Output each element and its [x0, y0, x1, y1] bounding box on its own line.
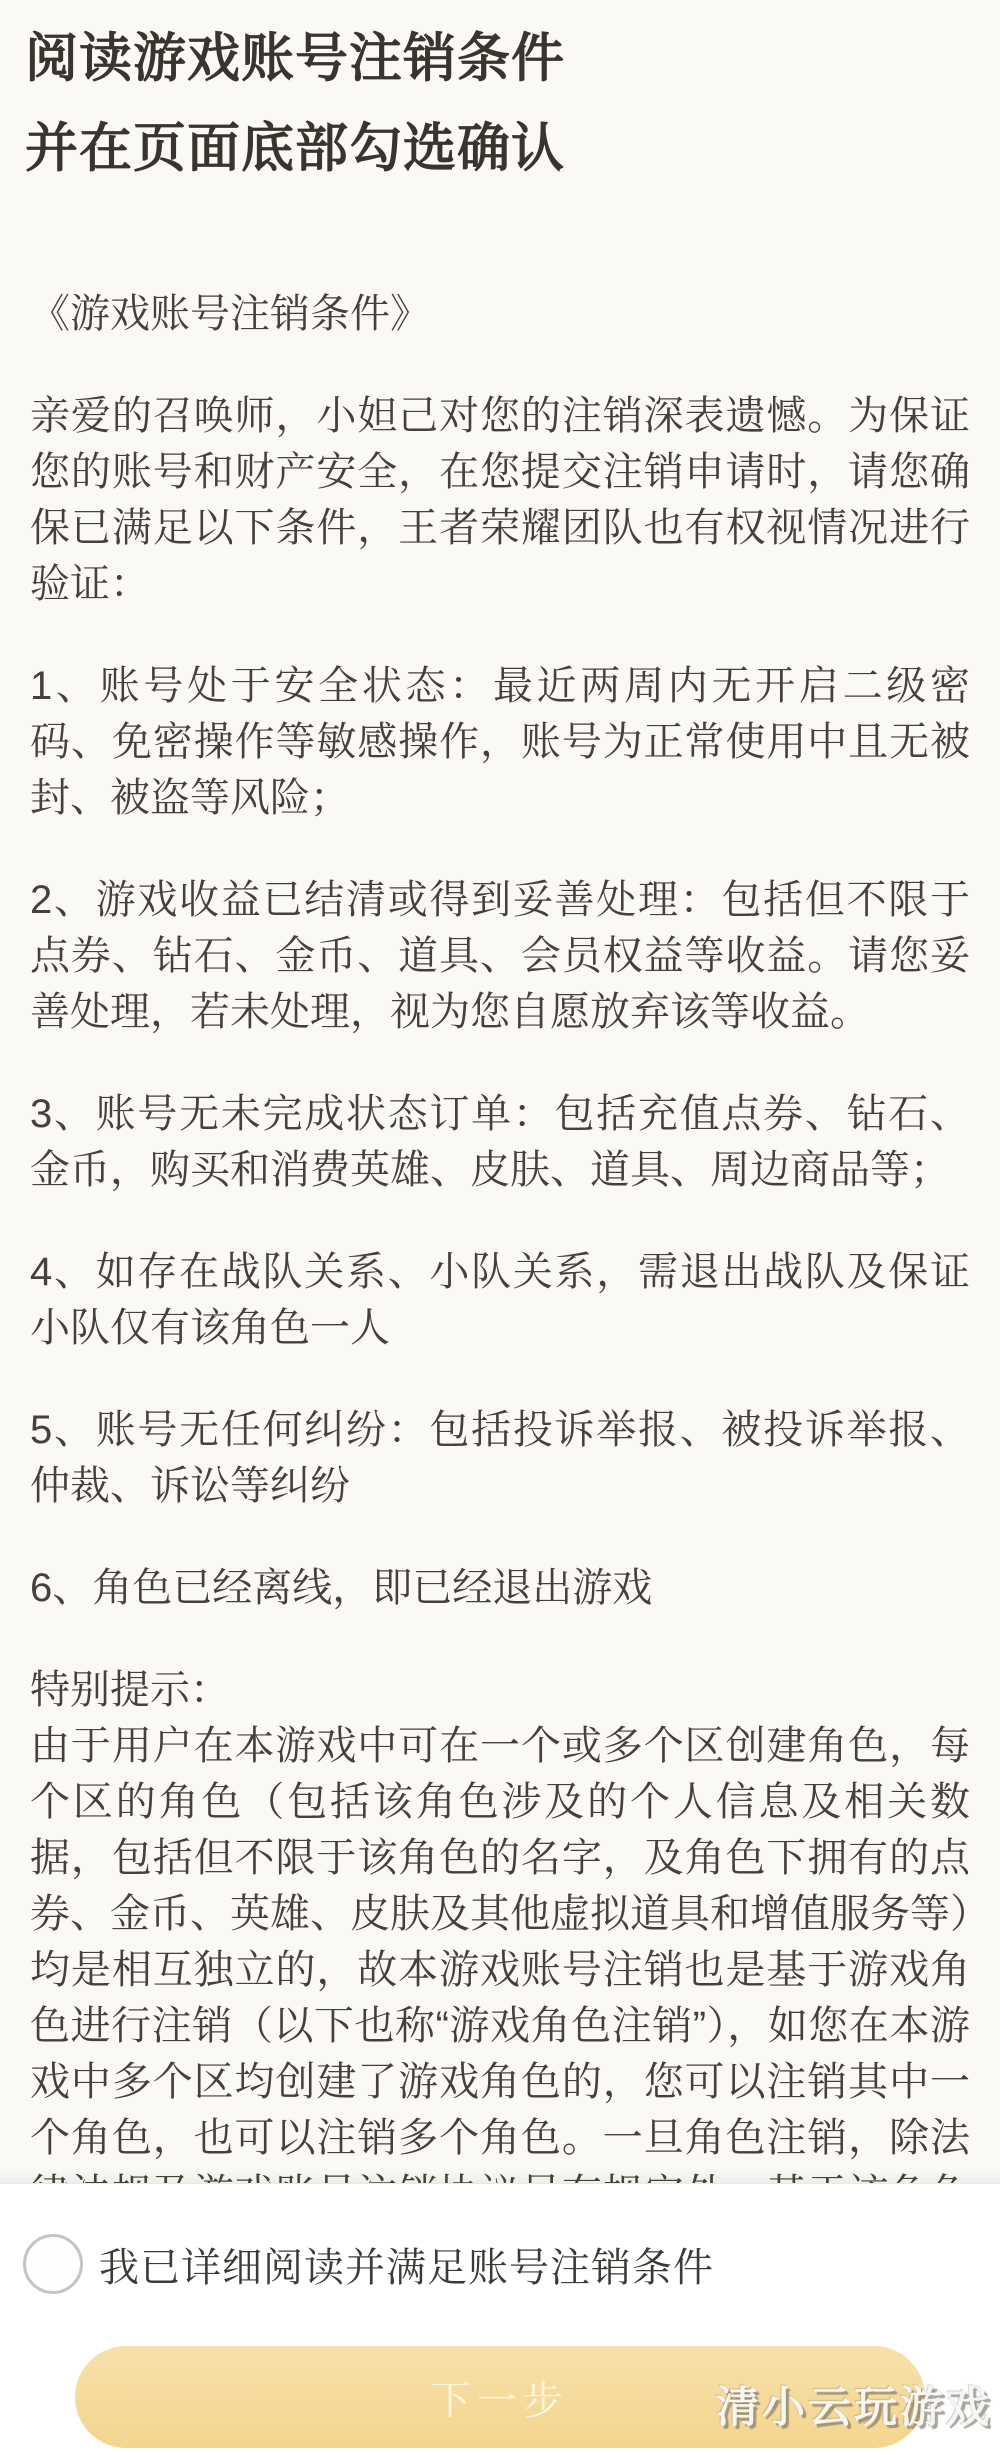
page-title-line-1: 阅读游戏账号注销条件 [25, 14, 975, 104]
page-title-line-2: 并在页面底部勾选确认 [25, 104, 975, 194]
agree-checkbox[interactable] [23, 2234, 83, 2294]
condition-item-5: 5、账号无任何纠纷：包括投诉举报、被投诉举报、仲裁、诉讼等纠纷 [30, 1402, 970, 1514]
special-note-block: 特别提示： 由于用户在本游戏中可在一个或多个区创建角色，每个区的角色（包括该角色… [30, 1662, 970, 2183]
terms-intro-paragraph: 亲爱的召唤师，小妲己对您的注销深表遗憾。为保证您的账号和财产安全，在您提交注销申… [30, 388, 970, 612]
special-note-label: 特别提示： [30, 1662, 970, 1718]
account-deletion-page: 阅读游戏账号注销条件 并在页面底部勾选确认 《游戏账号注销条件》 亲爱的召唤师，… [0, 0, 1000, 2455]
condition-item-6: 6、角色已经离线，即已经退出游戏 [30, 1560, 970, 1616]
terms-document-title: 《游戏账号注销条件》 [30, 286, 970, 342]
page-header: 阅读游戏账号注销条件 并在页面底部勾选确认 [0, 0, 1000, 194]
confirm-footer: 我已详细阅读并满足账号注销条件 下一步 [0, 2183, 1000, 2455]
next-step-button[interactable]: 下一步 [75, 2346, 925, 2448]
terms-scroll-area[interactable]: 《游戏账号注销条件》 亲爱的召唤师，小妲己对您的注销深表遗憾。为保证您的账号和财… [0, 196, 1000, 2183]
condition-item-4: 4、如存在战队关系、小队关系，需退出战队及保证小队仅有该角色一人 [30, 1244, 970, 1356]
condition-item-1: 1、账号处于安全状态：最近两周内无开启二级密码、免密操作等敏感操作，账号为正常使… [30, 658, 970, 826]
special-note-text: 由于用户在本游戏中可在一个或多个区创建角色，每个区的角色（包括该角色涉及的个人信… [30, 1718, 970, 2183]
condition-item-2: 2、游戏收益已结清或得到妥善处理：包括但不限于点券、钻石、金币、道具、会员权益等… [30, 872, 970, 1040]
agree-checkbox-label[interactable]: 我已详细阅读并满足账号注销条件 [99, 2236, 714, 2293]
agree-checkbox-row[interactable]: 我已详细阅读并满足账号注销条件 [23, 2234, 714, 2294]
condition-item-3: 3、账号无未完成状态订单：包括充值点券、钻石、金币，购买和消费英雄、皮肤、道具、… [30, 1086, 970, 1198]
